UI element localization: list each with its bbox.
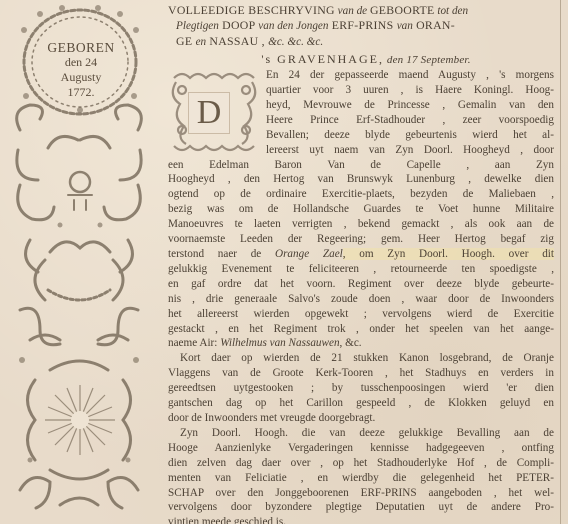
- paragraph-1-continued: Hoogheyd , den Hertog van Brunswyk Lunen…: [168, 172, 554, 351]
- text-line: Manoeuvres te laeten verrigten , bekend …: [168, 217, 554, 232]
- text-line: het allereerst wierden opgewekt ; vervol…: [168, 307, 554, 322]
- text-line: gestackt , en het Regiment trok , onder …: [168, 322, 554, 337]
- text-line: en gaf ordre dat het voorn. Regiment ove…: [168, 277, 554, 292]
- paragraph-3: Zyn Doorl. Hoogh. die van deeze gelukkig…: [168, 426, 554, 524]
- text-line: SCHAP over den Jonggeboorenen ERF-PRINS …: [168, 486, 554, 501]
- text-line: Zyn Doorl. Hoogh. die van deeze gelukkig…: [168, 426, 554, 441]
- column-rule: [560, 0, 561, 524]
- born-label: GEBOREN: [36, 40, 126, 55]
- text-line: vervolgens door byzondere plegtige Deput…: [168, 500, 554, 515]
- newspaper-page: GEBOREN den 24 Augusty 1772. VOLLEEDIGE …: [0, 0, 568, 524]
- article-column: VOLLEEDIGE BESCHRYVING van de GEBOORTE t…: [168, 3, 554, 524]
- headline-text: &c. &c. &c.: [268, 36, 323, 48]
- headline-text: van de: [335, 5, 370, 17]
- text-segment: terstond naer de: [168, 248, 275, 260]
- born-day: den 24: [36, 55, 126, 70]
- text-line: Hoogheyd , den Hertog van Brunswyk Lunen…: [168, 172, 554, 187]
- paragraph-2: Kort daer op wierden de 21 stukken Kanon…: [168, 351, 554, 426]
- drop-cap: D: [162, 70, 260, 154]
- text-line: Vlaggens van de Groote Kerk-Tooren , het…: [168, 366, 554, 381]
- headline-text: ERF-PRINS: [328, 18, 396, 32]
- text-segment: , om Zyn Doorl. Hoogh. over dit: [343, 248, 554, 260]
- text-line: door de Inwoonders met vreugde doorgebra…: [168, 411, 554, 426]
- text-line: Hooge Aanzienlyke Vergaderingen kennisse…: [168, 441, 554, 456]
- song-title: Wilhelmus van Nassauwen: [220, 337, 339, 349]
- headline-text: NASSAU ,: [206, 34, 268, 48]
- headline-text: van den Jongen: [258, 20, 328, 32]
- headline-text: van: [397, 20, 413, 32]
- text-line: gelukkig Evenement te feliciteeren , ret…: [168, 262, 554, 277]
- text-line: vintien meede geschied is.: [168, 515, 554, 524]
- article-headline: VOLLEEDIGE BESCHRYVING van de GEBOORTE t…: [168, 3, 554, 49]
- text-line: nis , drie generaale Salvo's zoude doen …: [168, 292, 554, 307]
- headline-text: DOOP: [219, 18, 258, 32]
- text-line: bezig was om de Hollandsche Guardes te V…: [168, 202, 554, 217]
- born-year: 1772.: [36, 85, 126, 100]
- headline-text: GEBOORTE: [370, 3, 435, 17]
- text-line: voornaemste Leeden der Regeering; gem. H…: [168, 232, 554, 247]
- text-line: gereedtsen uytgestooken ; by tusschenpoo…: [168, 381, 554, 396]
- text-line: terstond naer de Orange Zael, om Zyn Doo…: [168, 247, 554, 262]
- dateline-date: den 17 September.: [384, 54, 471, 66]
- headline-text: en: [196, 36, 207, 48]
- headline-text: Plegtigen: [176, 20, 219, 32]
- text-segment: naeme Air:: [168, 337, 220, 349]
- text-line: dien zelven dag daer over , op het Stadh…: [168, 456, 554, 471]
- text-line: ogtend op de ordinaire Exercitie-plaets,…: [168, 187, 554, 202]
- place-name-orange-zael: Orange Zael: [275, 248, 343, 260]
- text-line: Kort daer op wierden de 21 stukken Kanon…: [168, 351, 554, 366]
- headline-text: VOLLEEDIGE BESCHRYVING: [168, 3, 335, 17]
- born-month: Augusty: [36, 70, 126, 85]
- text-line: een Edelman Baron Van de Capelle , aan Z…: [168, 158, 554, 173]
- ornamental-border: GEBOREN den 24 Augusty 1772.: [0, 0, 158, 524]
- text-line: naeme Air: Wilhelmus van Nassauwen, &c.: [168, 336, 554, 351]
- birth-date-cartouche: GEBOREN den 24 Augusty 1772.: [36, 40, 126, 100]
- headline-text: GE: [176, 34, 196, 48]
- text-line: menten van Feliciatie , en wierdby die g…: [168, 471, 554, 486]
- dateline: 's GRAVENHAGE, den 17 September.: [178, 52, 554, 68]
- headline-text: ORAN-: [413, 18, 455, 32]
- text-segment: , &c.: [340, 337, 362, 349]
- dateline-place: 's GRAVENHAGE,: [261, 52, 384, 66]
- drop-cap-letter: D: [188, 92, 230, 134]
- text-line: gantschen dag op het Carillon gespeeld ,…: [168, 396, 554, 411]
- headline-text: tot den: [435, 5, 469, 17]
